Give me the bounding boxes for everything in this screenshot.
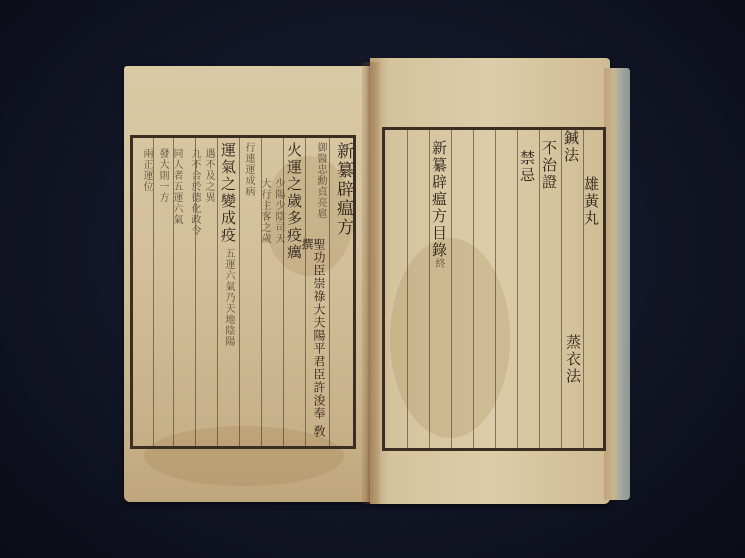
body-text: 同人者五運六氣 <box>171 148 181 225</box>
author-line-2: 聖功臣崇祿大夫陽平君臣許浚奉 敎撰 <box>301 238 325 446</box>
toc-entry-realgar-pill: 雄黃丸 <box>583 176 598 227</box>
body-text: 少陽少陰司天 <box>273 178 283 244</box>
body-text: 遇不及之異 <box>203 148 213 203</box>
toc-entry-acupuncture: 禁忌 <box>519 150 534 184</box>
toc-entry-needle: 鍼法 <box>563 130 578 164</box>
body-text: 行連運成病 <box>243 142 253 197</box>
contents-title: 新纂辟瘟方目錄 <box>431 140 446 259</box>
body-text: 發大則一方 <box>157 148 167 203</box>
toc-entry-steam-clothes: 蒸衣法 <box>565 334 580 385</box>
body-text: 五運六氣乃天地陰陽 <box>223 248 233 347</box>
heading-qi-change: 運氣之變成疫 <box>220 142 235 244</box>
right-text-frame: 新纂辟瘟方目錄 終 禁忌 不治證 鍼法 雄黃丸 蒸衣法 <box>382 127 606 451</box>
body-text: 大行主客之歲 <box>259 178 269 244</box>
author-line-1: 御醫忠勳貞亮扈 <box>315 142 325 219</box>
left-text-frame: 新纂辟瘟方 御醫忠勳貞亮扈 聖功臣崇祿大夫陽平君臣許浚奉 敎撰 火運之歲多疫癘 … <box>130 135 356 449</box>
body-text: 九不合於德化政令 <box>189 148 199 236</box>
book-gutter <box>362 62 380 504</box>
contents-end-mark: 終 <box>433 258 443 269</box>
page-edge-stack <box>604 68 630 500</box>
toc-entry-incurable: 不治證 <box>541 140 556 191</box>
body-text: 兩正運位 <box>141 148 151 192</box>
heading-fire-year: 火運之歲多疫癘 <box>286 142 301 261</box>
book-title: 新纂辟瘟方 <box>334 142 351 237</box>
